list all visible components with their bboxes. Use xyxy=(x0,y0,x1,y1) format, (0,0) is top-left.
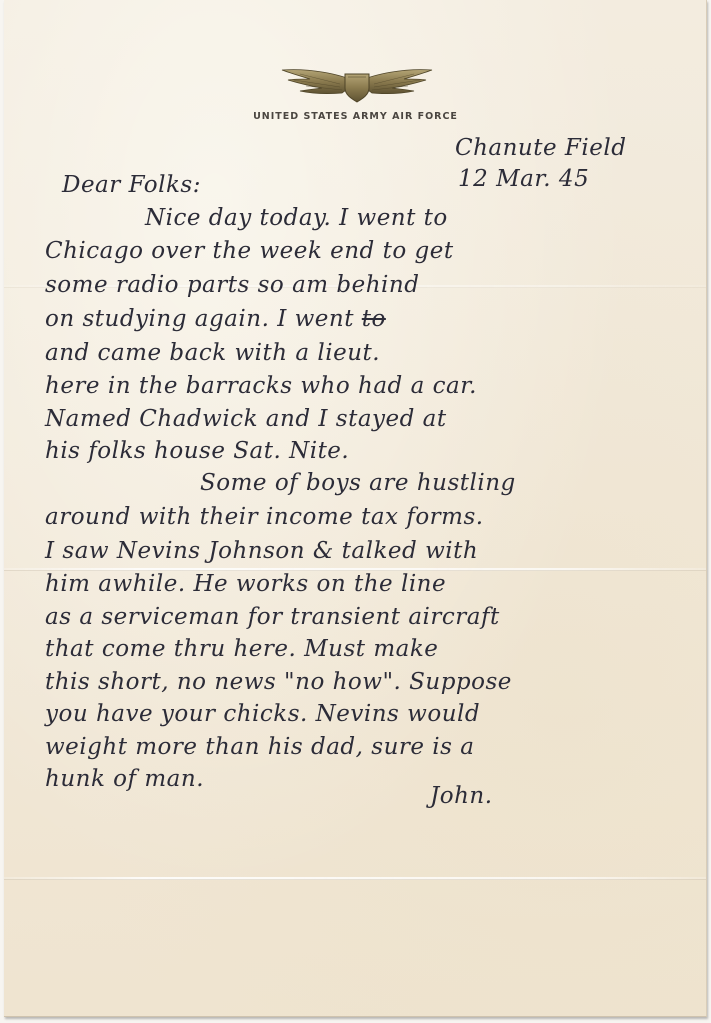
letter-line: him awhile. He works on the line xyxy=(45,571,446,597)
letter-line: around with their income tax forms. xyxy=(45,504,484,530)
letter-line: Named Chadwick and I stayed at xyxy=(45,406,447,432)
letter-line: this short, no news "no how". Suppose xyxy=(45,669,512,695)
letter-line: weight more than his dad, sure is a xyxy=(45,734,475,760)
letter-line: and came back with a lieut. xyxy=(45,340,380,366)
letter-line: here in the barracks who had a car. xyxy=(45,373,477,399)
struck-word: to xyxy=(362,306,386,332)
letter-place: Chanute Field xyxy=(455,135,626,161)
letter-line: Chicago over the week end to get xyxy=(45,238,454,264)
letter-signature: John. xyxy=(430,783,493,809)
fold-line xyxy=(4,877,706,880)
letter-line: on studying again. I went to xyxy=(45,306,386,332)
letter-line: some radio parts so am behind xyxy=(45,272,419,298)
letter-date: 12 Mar. 45 xyxy=(458,166,589,192)
letter-line: that come thru here. Must make xyxy=(45,636,438,662)
letter-line: Some of boys are hustling xyxy=(200,470,516,496)
letterhead-title: UNITED STATES ARMY AIR FORCE xyxy=(0,111,711,122)
letter-line: I saw Nevins Johnson & talked with xyxy=(45,538,478,564)
letter-line: as a serviceman for transient aircraft xyxy=(45,604,500,630)
letter-line: you have your chicks. Nevins would xyxy=(45,701,480,727)
letter-line: his folks house Sat. Nite. xyxy=(45,438,349,464)
letter-line-text: on studying again. I went xyxy=(45,306,354,332)
letter-line: hunk of man. xyxy=(45,766,204,792)
letter-salutation: Dear Folks: xyxy=(62,172,201,198)
letter-line: Nice day today. I went to xyxy=(145,205,448,231)
wings-insignia-icon xyxy=(280,64,434,104)
